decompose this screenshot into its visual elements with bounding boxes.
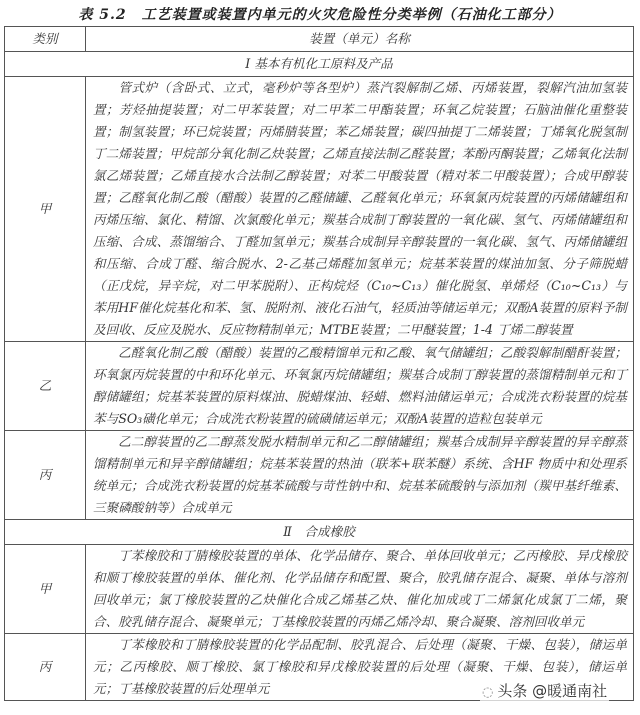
header-category: 类别 xyxy=(5,27,86,52)
table-row: 甲 丁苯橡胶和丁腈橡胶装置的单体、化学品储存、聚合、单体回收单元；乙丙橡胶、异戊… xyxy=(5,545,634,634)
watermark-text: 头条 @暖通南社 xyxy=(497,682,607,700)
table-row: 丙 乙二醇装置的乙二醇蒸发脱水精制单元和乙二醇储罐组；羰基合成制异辛醇装置的异辛… xyxy=(5,431,634,520)
fire-hazard-table: 类别 装置（单元）名称 Ⅰ 基本有机化工原料及产品 甲 管式炉（含卧式、立式，毫… xyxy=(4,26,634,701)
category-cell: 丙 xyxy=(5,634,86,701)
category-cell: 甲 xyxy=(5,545,86,634)
category-cell: 丙 xyxy=(5,431,86,520)
content-cell: 管式炉（含卧式、立式，毫秒炉等各型炉）蒸汽裂解制乙烯、丙烯装置，裂解汽油加氢装置… xyxy=(86,77,634,342)
content-cell: 丁苯橡胶和丁腈橡胶装置的单体、化学品储存、聚合、单体回收单元；乙丙橡胶、异戊橡胶… xyxy=(86,545,634,634)
header-name: 装置（单元）名称 xyxy=(86,27,634,52)
category-cell: 甲 xyxy=(5,77,86,342)
content-text: 丁苯橡胶和丁腈橡胶装置的单体、化学品储存、聚合、单体回收单元；乙丙橡胶、异戊橡胶… xyxy=(93,548,627,629)
category-cell: 乙 xyxy=(5,342,86,431)
content-cell: 乙醛氧化制乙酸（醋酸）装置的乙酸精馏单元和乙酸、氧气储罐组；乙酸裂解制醋酐装置；… xyxy=(86,342,634,431)
table-title: 表 5.2 工艺装置或装置内单元的火灾危险性分类举例（石油化工部分） xyxy=(0,4,640,24)
table-row: 甲 管式炉（含卧式、立式，毫秒炉等各型炉）蒸汽裂解制乙烯、丙烯装置，裂解汽油加氢… xyxy=(5,77,634,342)
table-row: 乙 乙醛氧化制乙酸（醋酸）装置的乙酸精馏单元和乙酸、氧气储罐组；乙酸裂解制醋酐装… xyxy=(5,342,634,431)
table-header-row: 类别 装置（单元）名称 xyxy=(5,27,634,52)
content-text: 乙二醇装置的乙二醇蒸发脱水精制单元和乙二醇储罐组；羰基合成制异辛醇装置的异辛醇蒸… xyxy=(93,434,627,515)
watermark: ◌头条 @暖通南社 xyxy=(480,680,609,701)
content-cell: 乙二醇装置的乙二醇蒸发脱水精制单元和乙二醇储罐组；羰基合成制异辛醇装置的异辛醇蒸… xyxy=(86,431,634,520)
section-row: Ⅱ 合成橡胶 xyxy=(5,520,634,545)
toutiao-logo-icon: ◌ xyxy=(482,685,493,700)
section-title: Ⅰ 基本有机化工原料及产品 xyxy=(5,52,634,77)
content-text: 乙醛氧化制乙酸（醋酸）装置的乙酸精馏单元和乙酸、氧气储罐组；乙酸裂解制醋酐装置；… xyxy=(93,345,627,426)
section-row: Ⅰ 基本有机化工原料及产品 xyxy=(5,52,634,77)
section-title: Ⅱ 合成橡胶 xyxy=(5,520,634,545)
content-text: 管式炉（含卧式、立式，毫秒炉等各型炉）蒸汽裂解制乙烯、丙烯装置，裂解汽油加氢装置… xyxy=(93,80,627,337)
